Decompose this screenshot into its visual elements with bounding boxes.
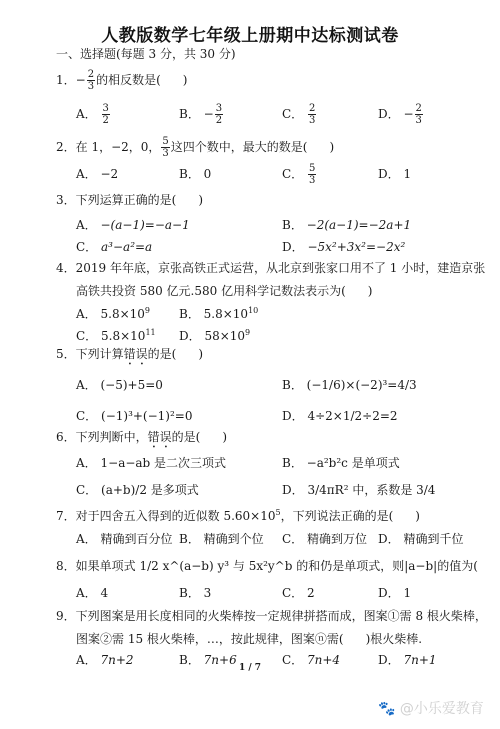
q2-option-b[interactable]: B． 0 [179,166,211,182]
question-2: 2．在 1，−2，0，53这四个数中，最大的数是() [56,136,334,159]
q4-option-b[interactable]: B． 5.8×1010 [179,306,258,322]
page-title: 人教版数学七年级上册期中达标测试卷 [0,21,500,46]
question-4-line2: 高铁共投资 580 亿元.580 亿用科学记数法表示为() [76,283,372,299]
question-1: 1．−23的相反数是() [56,69,187,92]
q6-option-d[interactable]: D． 3/4πR² 中，系数是 3/4 [282,482,435,498]
q3-option-b[interactable]: B． −2(a−1)=−2a+1 [282,217,411,233]
q4-option-c[interactable]: C． 5.8×1011 [76,328,156,344]
q1-option-d[interactable]: D． −23 [378,103,424,126]
question-6: 6．下列判断中，错误的是() [56,429,227,451]
question-8: 8．如果单项式 1/2 x^(a−b) y³ 与 5x²y^b 的和仍是单项式，… [56,558,500,574]
q3-option-d[interactable]: D． −5x²+3x²=−2x² [282,239,405,255]
q8-option-d[interactable]: D． 1 [378,585,411,601]
question-7: 7．对于四舍五入得到的近似数 5.60×105，下列说法正确的是() [56,508,420,524]
q1-option-c[interactable]: C． 23 [282,103,317,126]
exam-page: 人教版数学七年级上册期中达标测试卷 一、选择题(每题 3 分，共 30 分) 1… [0,0,500,729]
q6-option-a[interactable]: A． 1−a−ab 是二次三项式 [76,455,226,471]
q5-option-a[interactable]: A． (−5)+5=0 [76,377,163,393]
q8-option-a[interactable]: A． 4 [76,585,108,601]
q3-option-a[interactable]: A． −(a−1)=−a−1 [76,217,190,233]
q5-option-d[interactable]: D． 4÷2×1/2÷2=2 [282,408,398,424]
q3-option-c[interactable]: C． a³−a²=a [76,239,152,255]
q2-option-c[interactable]: C． 53 [282,163,317,186]
q8-option-c[interactable]: C． 2 [282,585,315,601]
q6-option-b[interactable]: B． −a²b²c 是单项式 [282,455,400,471]
q7-option-c[interactable]: C． 精确到万位 [282,531,367,547]
question-5: 5．下列计算错误的是() [56,346,203,368]
question-9: 9．下列图案是用长度相同的火柴棒按一定规律拼搭而成，图案①需 8 根火柴棒， [56,608,487,624]
q7-option-d[interactable]: D． 精确到千位 [378,531,463,547]
watermark: 🐾 @小乐爱教育 [378,698,484,718]
page-number: 1 / 7 [0,663,500,673]
fraction: 23 [87,69,95,92]
question-9-line2: 图案②需 15 根火柴棒，…，按此规律，图案ⓝ需()根火柴棒. [76,631,422,647]
q6-option-c[interactable]: C． (a+b)/2 是多项式 [76,482,199,498]
q4-option-d[interactable]: D． 58×109 [179,328,250,344]
q5-option-b[interactable]: B． (−1/6)×(−2)³=4/3 [282,377,417,393]
q1-option-b[interactable]: B． −32 [179,103,224,126]
q4-option-a[interactable]: A． 5.8×109 [76,306,150,322]
q8-option-b[interactable]: B． 3 [179,585,211,601]
q2-option-a[interactable]: A． −2 [76,166,118,182]
q1-option-a[interactable]: A． 32 [76,103,111,126]
q7-option-b[interactable]: B． 精确到个位 [179,531,264,547]
section-heading: 一、选择题(每题 3 分，共 30 分) [56,46,236,62]
question-3: 3．下列运算正确的是() [56,192,203,208]
q7-option-a[interactable]: A． 精确到百分位 [76,531,173,547]
q5-option-c[interactable]: C． (−1)³+(−1)²=0 [76,408,193,424]
question-4: 4．2019 年年底，京张高铁正式运营，从北京到张家口用不了 1 小时，建造京张 [56,260,485,276]
q2-option-d[interactable]: D． 1 [378,166,411,182]
